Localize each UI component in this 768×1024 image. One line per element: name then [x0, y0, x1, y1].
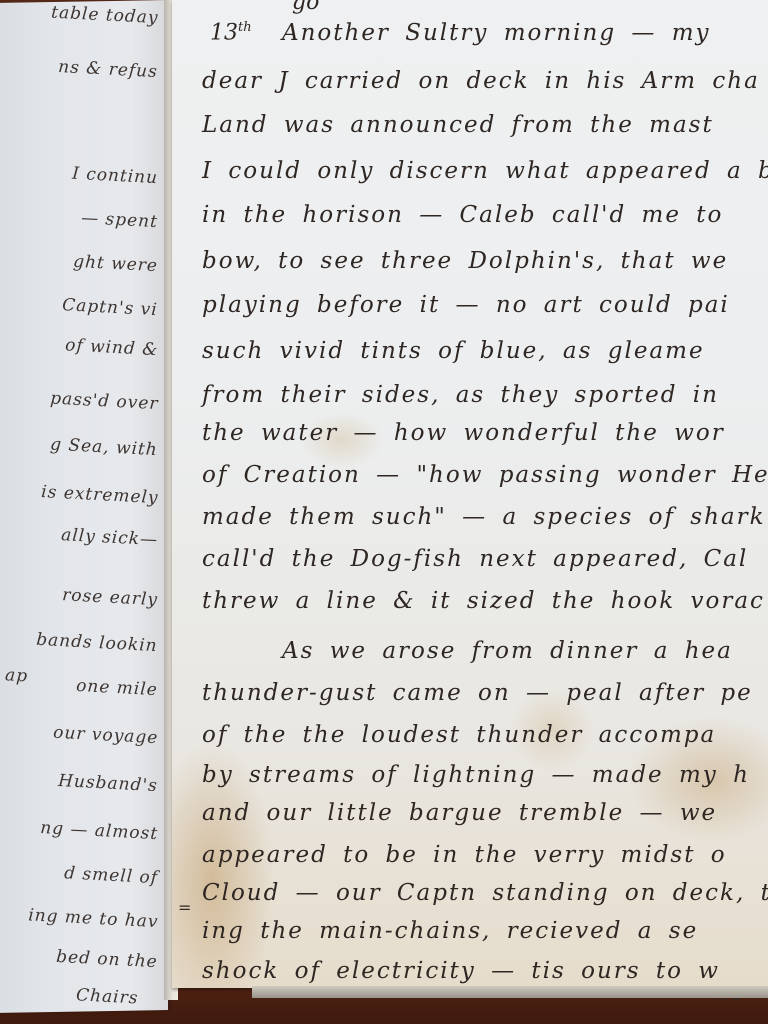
text-line: thunder-gust came on — peal after pe	[202, 680, 753, 706]
text-line: Another Sultry morning — my	[282, 20, 711, 46]
left-line: Chairs	[75, 985, 139, 1008]
left-line: — spent	[81, 208, 159, 232]
text-line: Land was announced from the mast	[202, 112, 714, 138]
right-page: go 13th Another Sultry morning — my dear…	[172, 0, 768, 988]
text-line: and our little bargue tremble — we	[202, 800, 717, 826]
left-line: one mile	[76, 676, 159, 700]
text-line: call'd the Dog-fish next appeared, Cal	[202, 546, 748, 572]
left-line: Husband's	[58, 771, 159, 796]
text-line: Cloud — our Captn standing on deck, to	[202, 880, 768, 906]
left-line: rose early	[62, 585, 159, 610]
left-line: ns & refus	[58, 57, 159, 82]
left-line: bands lookin	[36, 630, 159, 656]
left-line: is extremely	[40, 482, 159, 508]
left-line: I continu	[72, 164, 159, 188]
text-line: from their sides, as they sported in	[202, 382, 719, 408]
left-line: pass'd over	[49, 389, 159, 415]
date-suffix: th	[238, 20, 252, 35]
left-line: ap	[4, 665, 28, 686]
text-line: As we arose from dinner a hea	[282, 638, 733, 664]
text-line: dear J carried on deck in his Arm cha	[202, 68, 760, 94]
left-page: table today ns & refus I continu — spent…	[0, 0, 168, 1013]
text-line: threw a line & it sized the hook vorac	[202, 588, 765, 614]
text-line: ma	[712, 984, 744, 1005]
text-line: bow, to see three Dolphin's, that we	[202, 248, 728, 274]
text-line: shock of electricity — tis ours to w	[202, 958, 720, 984]
left-line: bed on the	[56, 947, 159, 972]
left-line: table today	[50, 3, 159, 29]
text-line: ing the main-chains, recieved a se	[202, 918, 698, 944]
stray-text-top: go	[292, 0, 319, 15]
left-line: ght were	[73, 252, 159, 276]
entry-date: 13th	[210, 20, 252, 45]
text-line: by streams of lightning — made my h	[202, 762, 750, 788]
left-page-text: table today ns & refus I continu — spent…	[0, 0, 168, 1013]
text-line: of the the loudest thunder accompa	[202, 722, 716, 748]
journal-photo: table today ns & refus I continu — spent…	[0, 0, 768, 1024]
text-line: of Creation — "how passing wonder He w	[202, 462, 768, 488]
text-line: I could only discern what appeared a b	[202, 158, 768, 184]
left-line: our voyage	[52, 723, 158, 748]
text-line: playing before it — no art could pai	[202, 292, 730, 318]
left-line: ing me to hav	[27, 905, 158, 932]
text-line: the water — how wonderful the wor	[202, 420, 725, 446]
text-line: such vivid tints of blue, as gleame	[202, 338, 705, 364]
left-line: d smell of	[64, 863, 159, 888]
text-line: made them such" — a species of shark	[202, 504, 766, 530]
left-line: of wind &	[64, 335, 158, 360]
date-day: 13	[210, 20, 238, 45]
left-line: ally sick—	[61, 525, 159, 550]
left-line: g Sea, with	[50, 435, 159, 461]
text-line: in the horison — Caleb call'd me to	[202, 202, 723, 228]
text-line: appeared to be in the verry midst o	[202, 842, 727, 868]
margin-mark: =	[178, 898, 191, 917]
left-line: Captn's vi	[62, 295, 159, 320]
left-line: ng — almost	[39, 818, 158, 844]
